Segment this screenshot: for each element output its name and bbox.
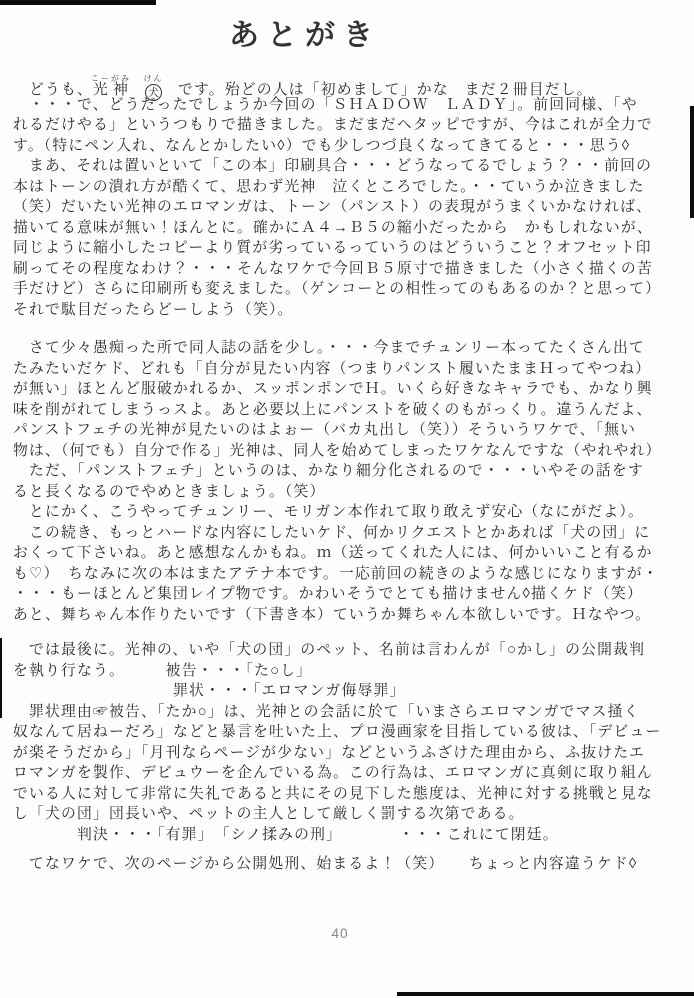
afterword-body: どうも、光神こーがみ 犬けん です。殆どの人は「初めまして」かな まだ２冊目だし…: [0, 74, 694, 875]
scan-artifact-right-edge: [690, 106, 694, 218]
afterword-page: あとがき どうも、光神こーがみ 犬けん です。殆どの人は「初めまして」かな まだ…: [0, 0, 694, 998]
dog-seal-furigana: けん: [144, 74, 164, 83]
paragraph-public-trial: では最後に。光神の、いや「犬の団」のペット、名前は言わんが「○かし」の公開裁判 …: [13, 640, 672, 845]
page-number: 40: [0, 926, 680, 941]
author-name-furigana: こーがみ: [91, 74, 131, 83]
closing-line: てなワケで、次のページから公開処刑、始まるよ！（笑） ちょっと内容違うケド◊: [13, 854, 672, 875]
page-title: あとがき: [0, 16, 652, 56]
paragraph-printing-talk: ・・・で、どうだったでしょうか今回の「ＳＨＡＤＯＷ ＬＡＤＹ」。前回同様、「や …: [13, 95, 672, 321]
scan-artifact-top-left: [0, 0, 156, 5]
paragraph-doujin-talk: さて少々愚痴った所で同人誌の話を少し。・・・今までチュンリー本ってたくさん出て …: [13, 338, 672, 625]
scan-artifact-bottom-right: [397, 992, 694, 996]
intro-line: どうも、光神こーがみ 犬けん です。殆どの人は「初めまして」かな まだ２冊目だし…: [13, 74, 672, 95]
scan-artifact-left-edge: [0, 638, 2, 718]
